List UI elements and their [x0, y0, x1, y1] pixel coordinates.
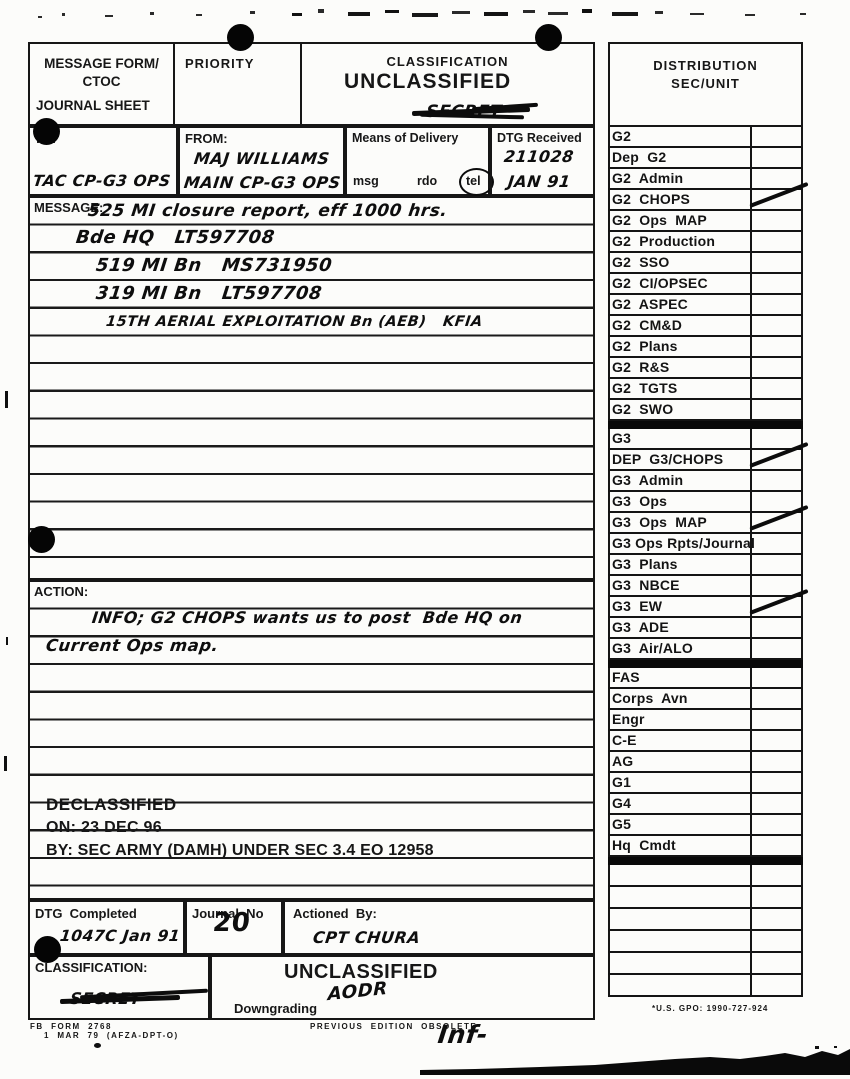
means-option-msg: msg — [353, 174, 379, 188]
distribution-row: G5 — [608, 815, 803, 836]
distribution-row: G2 SWO — [608, 400, 803, 421]
form-date: 1 MAR 79 (AFZA-DPT-O) — [44, 1031, 179, 1040]
distribution-row-label: G2 CM&D — [612, 317, 682, 333]
distribution-check-cell — [750, 815, 803, 834]
distribution-check-cell — [750, 953, 803, 973]
distribution-check-cell — [750, 689, 803, 708]
declassified-line2: ON: 23 DEC 96 — [46, 819, 162, 837]
distribution-row: G2 SSO — [608, 253, 803, 274]
scan-smudge-bottom — [420, 1046, 850, 1079]
distribution-row-label: FAS — [612, 669, 640, 685]
distribution-row: Corps Avn — [608, 689, 803, 710]
distribution-row-label: G4 — [612, 795, 631, 811]
distribution-row-label: G5 — [612, 816, 631, 832]
distribution-check-cell — [750, 492, 803, 511]
hole-punch — [28, 526, 55, 553]
distribution-row-label: G2 SWO — [612, 401, 673, 417]
distribution-check-cell — [750, 232, 803, 251]
distribution-check-cell — [750, 639, 803, 658]
classification-stamp: UNCLASSIFIED — [344, 70, 511, 94]
crossed-out-secret-bottom: SECRET — [58, 985, 208, 1011]
means-label: Means of Delivery — [352, 131, 458, 145]
from-value-line1: MAJ WILLIAMS — [193, 149, 331, 168]
distribution-row — [608, 931, 803, 953]
distribution-row: AG — [608, 752, 803, 773]
distribution-row: G1 — [608, 773, 803, 794]
distribution-check-cell — [750, 668, 803, 687]
action-line-1: INFO; G2 CHOPS wants us to post Bde HQ o… — [91, 608, 524, 627]
distribution-check-cell — [750, 773, 803, 792]
distribution-row: Hq Cmdt — [608, 836, 803, 857]
form-title-line1: MESSAGE FORM/ — [30, 56, 173, 71]
dtg-received-label: DTG Received — [497, 131, 582, 145]
dtg-completed-value: 1047C Jan 91 — [59, 927, 181, 945]
distribution-section-divider — [608, 421, 803, 429]
message-line-5: 15TH AERIAL EXPLOITATION Bn (AEB) KFIA — [105, 314, 484, 330]
form-title-line2: CTOC — [30, 74, 173, 89]
distribution-check-cell — [750, 931, 803, 951]
hole-punch — [33, 118, 60, 145]
distribution-row: G2 — [608, 127, 803, 148]
distribution-row-label: G3 Admin — [612, 472, 683, 488]
distribution-row: G3 Admin — [608, 471, 803, 492]
distribution-row: G2 Production — [608, 232, 803, 253]
distribution-check-cell — [750, 211, 803, 230]
gpo-note: *U.S. GPO: 1990-727-924 — [652, 1004, 768, 1013]
distribution-title-line2: SEC/UNIT — [610, 76, 801, 91]
distribution-row: FAS — [608, 668, 803, 689]
actioned-by-value: CPT CHURA — [312, 928, 422, 947]
message-line-4: 319 MI Bn LT597708 — [95, 283, 324, 304]
distribution-check-cell — [750, 555, 803, 574]
distribution-check-cell — [750, 836, 803, 855]
distribution-row-label: G2 ASPEC — [612, 296, 688, 312]
crossed-out-secret-top: SECRET — [412, 100, 532, 124]
distribution-row: G3 — [608, 429, 803, 450]
distribution-header: DISTRIBUTION SEC/UNIT — [608, 42, 803, 127]
distribution-row-label: G2 SSO — [612, 254, 669, 270]
distribution-row: G2 R&S — [608, 358, 803, 379]
journal-no-cell: Journal No 20 — [185, 900, 283, 955]
distribution-row: G2 ASPEC — [608, 295, 803, 316]
from-cell: FROM: MAJ WILLIAMS MAIN CP-G3 OPS — [178, 126, 345, 196]
distribution-row-label: Corps Avn — [612, 690, 688, 706]
distribution-check-cell — [750, 274, 803, 293]
distribution-row: G2 TGTS — [608, 379, 803, 400]
hole-punch — [535, 24, 562, 51]
distribution-row-label: G2 Production — [612, 233, 715, 249]
distribution-row-label: Hq Cmdt — [612, 837, 676, 853]
distribution-row: G2 CM&D — [608, 316, 803, 337]
distribution-check-cell — [750, 513, 803, 532]
bottom-note: Inf- — [436, 1020, 489, 1049]
distribution-section-divider — [608, 857, 803, 865]
actioned-by-label: Actioned By: — [293, 906, 377, 921]
means-of-delivery-cell: Means of Delivery msg rdo tel — [345, 126, 490, 196]
dtg-received-line2: JAN 91 — [507, 172, 572, 191]
from-label: FROM: — [185, 131, 228, 146]
journal-no-value: 20 — [211, 908, 252, 938]
distribution-check-cell — [750, 429, 803, 448]
scanned-journal-sheet: MESSAGE FORM/ CTOC JOURNAL SHEET PRIORIT… — [0, 0, 850, 1079]
distribution-row: G4 — [608, 794, 803, 815]
distribution-row-label: G3 Plans — [612, 556, 678, 572]
distribution-row — [608, 975, 803, 997]
distribution-check-cell — [750, 379, 803, 398]
distribution-row-label: G1 — [612, 774, 631, 790]
distribution-check-cell — [750, 471, 803, 490]
distribution-row-label: G2 Admin — [612, 170, 683, 186]
form-title-cell: MESSAGE FORM/ CTOC JOURNAL SHEET — [28, 42, 175, 126]
ink-dot — [94, 1043, 101, 1048]
distribution-row: G3 Ops MAP — [608, 513, 803, 534]
distribution-row-label: G3 Ops Rpts/Journal — [612, 535, 755, 551]
dtg-received-line1: 211028 — [503, 147, 575, 166]
distribution-check-cell — [750, 295, 803, 314]
message-line-1: 525 MI closure report, eff 1000 hrs. — [87, 201, 449, 221]
distribution-row-label: G3 Ops — [612, 493, 667, 509]
distribution-section-divider — [608, 660, 803, 668]
distribution-row: Engr — [608, 710, 803, 731]
distribution-row: G2 Plans — [608, 337, 803, 358]
distribution-row-label: G3 NBCE — [612, 577, 680, 593]
distribution-row-label: AG — [612, 753, 633, 769]
distribution-row-label: G3 Air/ALO — [612, 640, 693, 656]
distribution-row-label: G3 EW — [612, 598, 662, 614]
distribution-row: G3 Plans — [608, 555, 803, 576]
message-line-3: 519 MI Bn MS731950 — [95, 255, 334, 276]
distribution-row-label: G3 ADE — [612, 619, 669, 635]
hole-punch — [227, 24, 254, 51]
downgrading-label: Downgrading — [234, 1001, 317, 1016]
distribution-row — [608, 865, 803, 887]
classification-cell: CLASSIFICATION UNCLASSIFIED SECRET — [300, 42, 595, 126]
distribution-row: G3 EW — [608, 597, 803, 618]
distribution-row — [608, 887, 803, 909]
distribution-row-label: DEP G3/CHOPS — [612, 451, 723, 467]
distribution-row: G2 CI/OPSEC — [608, 274, 803, 295]
distribution-check-cell — [750, 316, 803, 335]
distribution-check-cell — [750, 127, 803, 146]
priority-cell: PRIORITY — [173, 42, 302, 126]
distribution-row-label: G2 CI/OPSEC — [612, 275, 708, 291]
distribution-row-label: G2 TGTS — [612, 380, 677, 396]
distribution-row-label: Engr — [612, 711, 645, 727]
dtg-completed-label: DTG Completed — [35, 906, 137, 921]
distribution-row: G3 Ops Rpts/Journal — [608, 534, 803, 555]
distribution-row-label: G2 — [612, 128, 631, 144]
distribution-check-cell — [750, 450, 803, 469]
distribution-check-cell — [750, 975, 803, 995]
action-section: ACTION: INFO; G2 CHOPS wants us to post … — [28, 580, 595, 900]
distribution-check-cell — [750, 618, 803, 637]
distribution-row-label: Dep G2 — [612, 149, 666, 165]
distribution-check-cell — [750, 148, 803, 167]
distribution-check-cell — [750, 909, 803, 929]
distribution-row-label: G3 Ops MAP — [612, 514, 707, 530]
distribution-row-label: G3 — [612, 430, 631, 446]
downgrading-cell: UNCLASSIFIED Downgrading AODR — [210, 955, 595, 1020]
distribution-row: G3 Ops — [608, 492, 803, 513]
margin-mark — [4, 756, 7, 771]
distribution-check-cell — [750, 337, 803, 356]
distribution-check-cell — [750, 190, 803, 209]
distribution-check-cell — [750, 253, 803, 272]
distribution-check-cell — [750, 865, 803, 885]
distribution-check-cell — [750, 576, 803, 595]
distribution-row: G3 Air/ALO — [608, 639, 803, 660]
distribution-check-cell — [750, 597, 803, 616]
action-line-2: Current Ops map. — [45, 636, 220, 655]
distribution-check-cell — [750, 169, 803, 188]
actioned-by-cell: Actioned By: CPT CHURA — [283, 900, 595, 955]
dtg-received-cell: DTG Received 211028 JAN 91 — [490, 126, 595, 196]
distribution-row-label: G2 Ops MAP — [612, 212, 707, 228]
message-line-2: Bde HQ LT597708 — [75, 227, 276, 248]
distribution-check-cell — [750, 794, 803, 813]
distribution-check-cell — [750, 534, 803, 553]
distribution-row: G3 NBCE — [608, 576, 803, 597]
distribution-title-line1: DISTRIBUTION — [610, 58, 801, 73]
distribution-row-label: C-E — [612, 732, 637, 748]
distribution-rows: G2Dep G2G2 AdminG2 CHOPSG2 Ops MAPG2 Pro… — [608, 127, 803, 997]
classification-label: CLASSIFICATION — [302, 54, 593, 69]
distribution-row: G2 CHOPS — [608, 190, 803, 211]
distribution-row: DEP G3/CHOPS — [608, 450, 803, 471]
distribution-row: Dep G2 — [608, 148, 803, 169]
distribution-row — [608, 909, 803, 931]
hole-punch — [34, 936, 61, 963]
distribution-row: G2 Admin — [608, 169, 803, 190]
declassified-line3: BY: SEC ARMY (DAMH) UNDER SEC 3.4 EO 129… — [46, 842, 434, 860]
distribution-check-cell — [750, 887, 803, 907]
distribution-check-cell — [750, 710, 803, 729]
declassified-line1: DECLASSIFIED — [46, 795, 177, 815]
to-value: TAC CP-G3 OPS — [32, 172, 172, 190]
margin-mark — [5, 391, 8, 408]
tel-circle-mark — [459, 168, 494, 196]
distribution-row — [608, 953, 803, 975]
distribution-row-label: G2 Plans — [612, 338, 678, 354]
distribution-check-cell — [750, 731, 803, 750]
form-number: FB FORM 2768 — [30, 1022, 112, 1031]
means-option-rdo: rdo — [417, 174, 437, 188]
distribution-row: G3 ADE — [608, 618, 803, 639]
message-section: MESSAGE: 525 MI closure report, eff 1000… — [28, 196, 595, 580]
distribution-row-label: G2 CHOPS — [612, 191, 690, 207]
distribution-row: G2 Ops MAP — [608, 211, 803, 232]
margin-mark — [6, 637, 8, 645]
distribution-row: C-E — [608, 731, 803, 752]
priority-label: PRIORITY — [185, 56, 254, 71]
form-title-line3: JOURNAL SHEET — [36, 98, 150, 113]
classification-footer-cell: CLASSIFICATION: SECRET — [28, 955, 210, 1020]
distribution-row-label: G2 R&S — [612, 359, 669, 375]
action-label: ACTION: — [34, 584, 88, 599]
distribution-check-cell — [750, 358, 803, 377]
distribution-check-cell — [750, 752, 803, 771]
from-value-line2: MAIN CP-G3 OPS — [183, 173, 342, 192]
distribution-check-cell — [750, 400, 803, 419]
